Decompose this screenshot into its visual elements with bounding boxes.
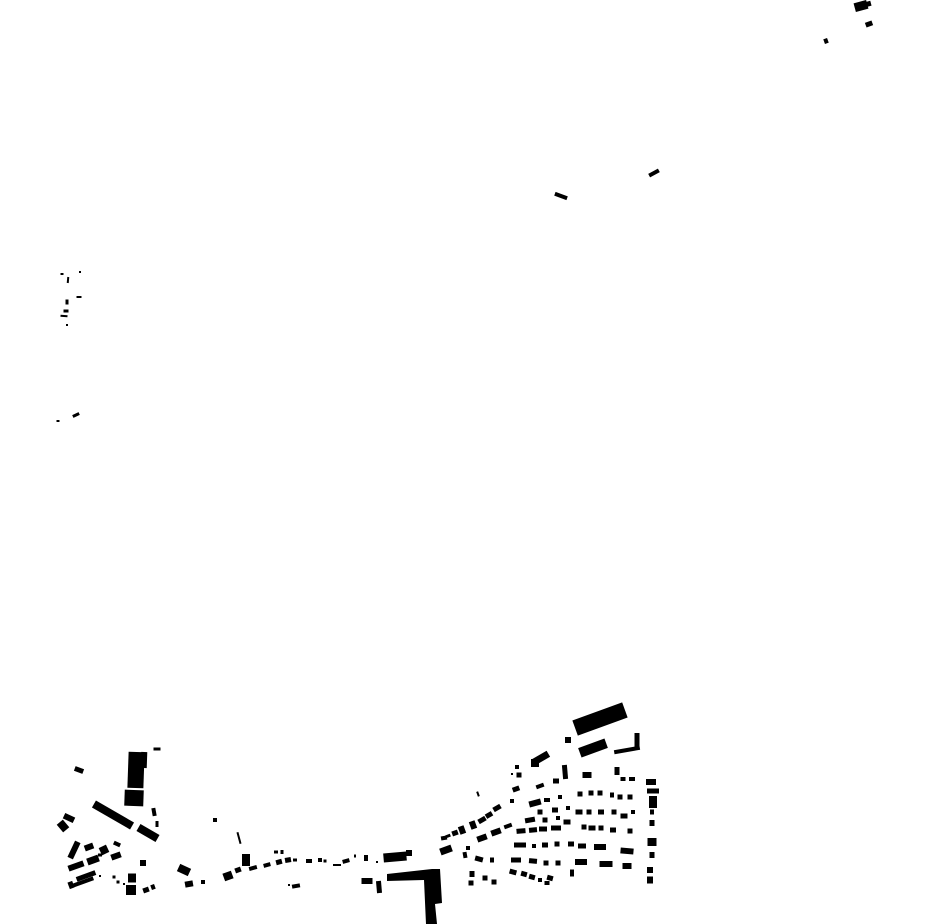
building-footprint (354, 855, 356, 858)
building-footprint (57, 420, 60, 422)
building-footprint (600, 861, 613, 867)
building-footprint (631, 810, 635, 814)
building-footprint (598, 810, 604, 815)
building-footprint (576, 810, 583, 815)
building-footprint (620, 847, 633, 854)
building-footprint (570, 870, 574, 877)
building-footprint (628, 829, 633, 834)
building-footprint (293, 859, 297, 862)
building-footprint (635, 733, 640, 747)
building-footprint (126, 885, 136, 895)
building-footprint (376, 861, 378, 863)
building-footprint (650, 820, 655, 826)
building-footprint (647, 789, 659, 794)
building-footprint (555, 842, 560, 847)
building-footprint (124, 790, 144, 807)
building-footprint (470, 871, 475, 877)
building-footprint (140, 860, 146, 866)
building-footprint (649, 796, 657, 808)
building-footprint (589, 791, 594, 796)
building-footprint (594, 844, 606, 850)
building-footprint (77, 296, 82, 298)
building-footprint (274, 851, 278, 854)
building-footprint (141, 752, 148, 768)
building-footprint (647, 877, 653, 884)
building-footprint (285, 857, 292, 863)
building-footprint (532, 844, 536, 848)
building-footprint (621, 814, 628, 819)
building-footprint (529, 827, 537, 833)
building-footprint (306, 859, 312, 863)
building-footprint (98, 854, 102, 857)
building-footprint (610, 793, 614, 798)
building-footprint (578, 844, 586, 849)
building-footprint (79, 271, 81, 273)
figure-ground-map (0, 0, 930, 924)
building-footprint (628, 795, 633, 800)
building-footprint (511, 773, 513, 775)
building-footprint (281, 850, 284, 854)
building-footprint (156, 821, 159, 827)
building-footprint (511, 858, 521, 863)
building-footprint (650, 810, 654, 815)
building-footprint (610, 828, 616, 833)
building-footprint (154, 748, 161, 751)
building-footprint (553, 779, 559, 784)
building-footprint (646, 779, 656, 785)
building-footprint (544, 798, 550, 802)
building-footprint (469, 881, 474, 886)
building-footprint (648, 838, 657, 846)
building-footprint (324, 860, 327, 863)
building-footprint (364, 855, 368, 861)
building-footprint (558, 795, 562, 799)
building-footprint (615, 767, 620, 775)
building-footprint (589, 826, 596, 831)
building-footprint (612, 810, 617, 815)
building-footprint (587, 810, 592, 815)
building-footprint (99, 875, 101, 877)
building-footprint (406, 850, 412, 856)
building-footprint (64, 310, 69, 313)
building-footprint (333, 864, 341, 866)
building-footprint (490, 858, 494, 863)
building-footprint (598, 791, 603, 796)
building-footprint (575, 859, 587, 865)
building-footprint (117, 881, 120, 884)
building-footprint (510, 799, 514, 803)
building-footprint (578, 792, 583, 797)
building-footprint (621, 777, 626, 781)
building-footprint (288, 884, 290, 886)
building-footprint (566, 806, 570, 810)
building-footprint (539, 827, 547, 832)
building-footprint (618, 795, 623, 800)
building-footprint (517, 773, 522, 778)
building-footprint (113, 876, 116, 879)
building-footprint (492, 880, 497, 885)
building-footprint (123, 883, 125, 885)
building-footprint (564, 820, 571, 825)
building-footprint (623, 863, 632, 869)
building-footprint (376, 881, 382, 893)
building-footprint (545, 881, 550, 885)
building-footprint (318, 858, 322, 862)
building-footprint (543, 818, 548, 823)
building-footprint (582, 825, 587, 830)
building-footprint (515, 765, 519, 769)
building-footprint (61, 273, 64, 275)
building-footprint (552, 808, 558, 813)
building-footprint (201, 880, 205, 884)
building-footprint (466, 846, 470, 850)
building-footprint (629, 777, 635, 781)
building-footprint (544, 861, 549, 866)
building-footprint (66, 300, 69, 305)
building-footprint (242, 854, 250, 866)
building-footprint (647, 867, 653, 873)
building-footprint (565, 737, 571, 743)
building-footprint (538, 878, 542, 882)
building-footprint (362, 878, 373, 884)
building-footprint (599, 826, 604, 831)
building-footprint (531, 759, 539, 767)
building-footprint (542, 843, 548, 848)
building-footprint (514, 843, 526, 848)
building-footprint (483, 876, 488, 881)
building-footprint (583, 772, 592, 778)
building-footprint (556, 816, 560, 820)
building-footprint (650, 852, 655, 858)
building-footprint (556, 861, 561, 866)
building-footprint (529, 858, 537, 864)
building-footprint (538, 810, 543, 815)
building-footprint (66, 324, 68, 326)
building-footprint (213, 818, 217, 822)
building-footprint (568, 842, 574, 847)
building-footprint (128, 874, 136, 883)
building-footprint (516, 828, 525, 834)
building-footprint (551, 826, 561, 831)
